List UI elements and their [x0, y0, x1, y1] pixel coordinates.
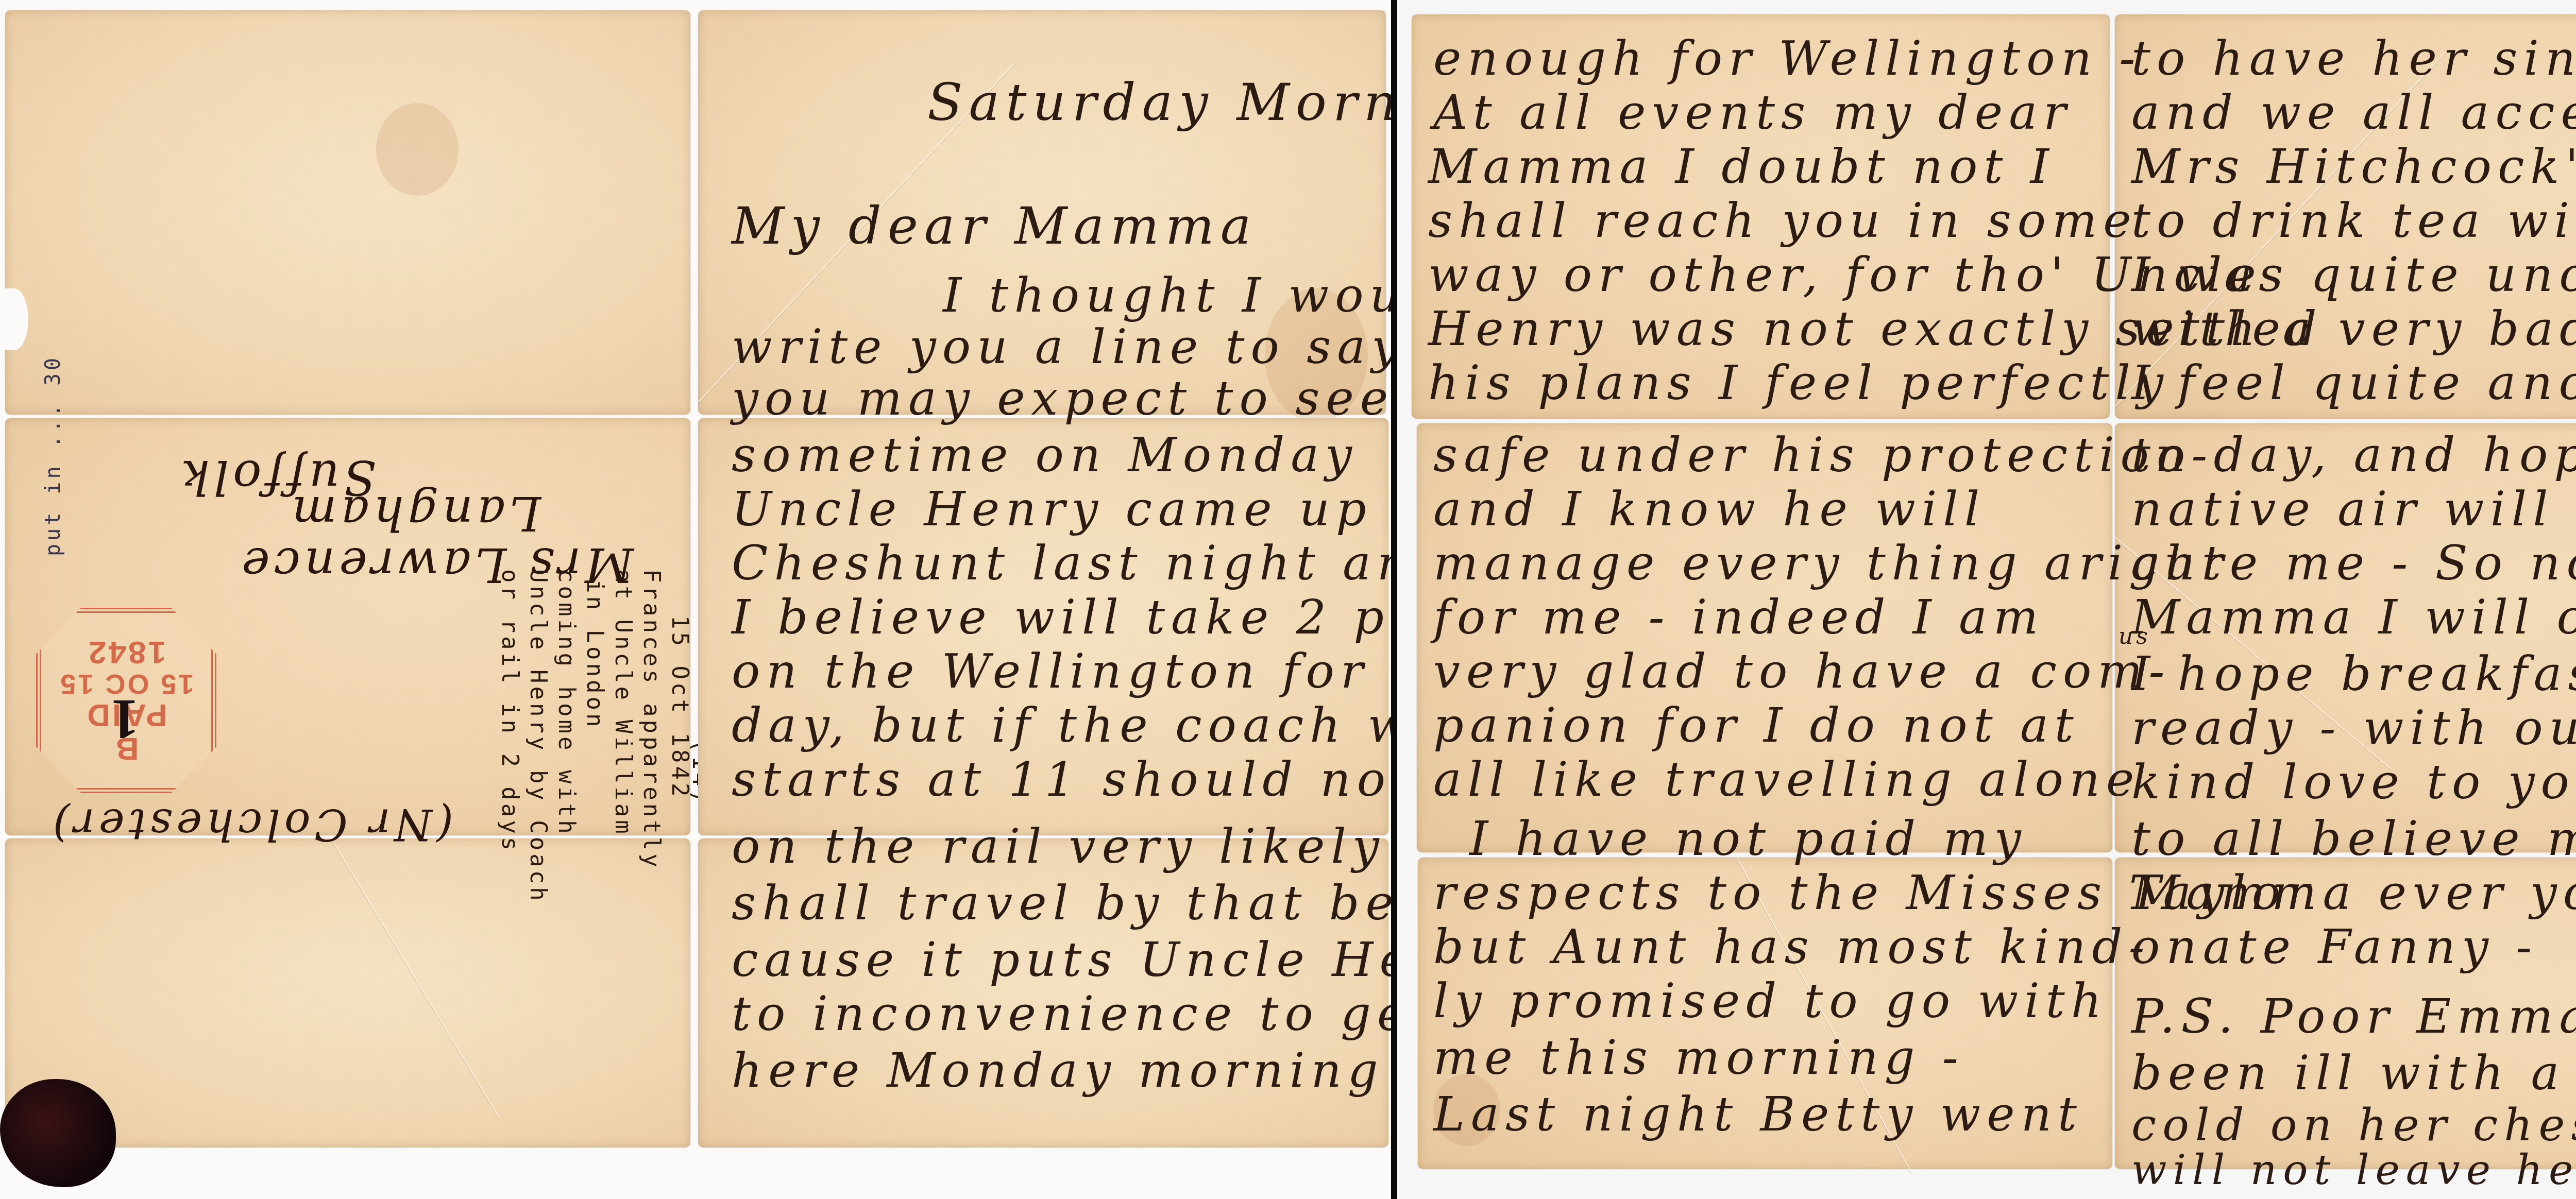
diagonal-fold [334, 844, 499, 1118]
wax-seal [0, 1079, 116, 1187]
archive-note-line: or rail in 2 days [497, 569, 523, 853]
letter-line: shall travel by that be- [732, 876, 1422, 931]
letter-line: on the rail very likely we [732, 819, 1487, 874]
postscript-line: will not leave her entirely [2131, 1146, 2576, 1194]
letter-line: Mamma I doubt not I [1428, 139, 2055, 194]
stain [376, 103, 459, 196]
letter-line: and I know he will [1433, 482, 1986, 537]
archive-note-line: at Uncle William [610, 569, 636, 837]
archive-note-line: Frances apparently [638, 569, 665, 870]
letter-line: his plans I feel perfectly [1428, 355, 2170, 410]
letter-line: I was quite uncomfortable [2131, 247, 2576, 302]
letter-line: enough for Wellington - [1433, 31, 2141, 86]
letter-line: Mamma I will conclude [2131, 590, 2576, 645]
letter-line: Last night Betty went [1433, 1087, 2083, 1142]
letter-line: I have not paid my [1469, 811, 2027, 866]
address-line-3: Suffolk [177, 450, 376, 505]
letter-line: cure me - So now dear [2131, 536, 2576, 591]
address-line-4: (Nr Colchester) [49, 799, 453, 850]
letter-line: you may expect to see me [732, 371, 1501, 426]
letter-line: but Aunt has most kind- [1433, 919, 2151, 974]
letter-line: very glad to have a com- [1433, 644, 2171, 699]
letter-salutation: My dear Mamma [732, 196, 1257, 256]
letter-line: Mamma ever your affecti- [2131, 865, 2576, 920]
margin-insert: us [2119, 623, 2151, 649]
letter-line: I hope breakfast is nearly [2131, 646, 2576, 701]
archive-note: (14) 15 Oct 1842 Frances apparently at U… [471, 569, 703, 785]
letter-line: safe under his protection [1433, 427, 2192, 483]
letter-line: with a very bad cold, but [2131, 301, 2576, 356]
letter-line: At all events my dear [1433, 85, 2072, 140]
right-scan-inner-sheet: 1842 OC 15 enough for Wellington - At al… [1397, 0, 2576, 1199]
postscript-line: P.S. Poor Emma Peck has [2131, 989, 2576, 1044]
postscript-line: cold on her chest, her cough [2131, 1100, 2576, 1151]
letter-line: sometime on Monday [732, 427, 1358, 483]
letter-line: me this morning - [1433, 1030, 1964, 1085]
letter-line: to have her singing lesson [2131, 31, 2576, 86]
letter-line: to-day, and hope that my [2131, 427, 2576, 483]
scan-divider [1391, 0, 1397, 1199]
letter-line: I thought I would [943, 268, 1464, 323]
letter-line: write you a line to say [732, 319, 1404, 374]
paid-postmark: B PAID 15 OC 15 1842 1 [36, 608, 216, 793]
letter-line: native air will entirely [2131, 482, 2576, 537]
letter-line: I feel quite another creature [2131, 355, 2576, 410]
letter-line: ly promised to go with [1433, 973, 2108, 1029]
torn-edge [0, 288, 28, 350]
postscript-line: been ill with a violent [2131, 1046, 2576, 1101]
blank-back-panel-top [5, 10, 690, 415]
letter-line: to all believe me my dear [2131, 811, 2576, 866]
letter-line: and we all accepted [2131, 85, 2576, 140]
letter-line: to drink tea with them [2131, 193, 2576, 248]
postmark-year: 1842 [87, 636, 166, 669]
blank-back-panel-bottom [5, 838, 690, 1147]
letter-line: for me - indeed I am [1433, 590, 2044, 645]
letter-line: manage every thing aright [1433, 536, 2227, 591]
pencil-note: put in ... 30 [41, 355, 65, 556]
archive-note-line: 15 Oct 1842 [667, 615, 693, 799]
letter-signature: onate Fanny - [2131, 919, 2538, 974]
letter-line: Mrs Hitchcock's invitation [2131, 139, 2576, 194]
left-scan-outer-sheet: Mrs Lawrence Langham Suffolk (Nr Colches… [0, 0, 1391, 1199]
letter-line: kind love to yourself and [2131, 755, 2576, 810]
postmark-overstamp: 1 [111, 687, 139, 752]
archive-note-line: Uncle Henry by Coach [525, 569, 551, 904]
letter-line: all like travelling alone [1433, 752, 2140, 807]
letter-line: Cheshunt last night and [732, 536, 1450, 591]
archive-note-line: in London [582, 579, 608, 730]
archive-note-line: coming home with [553, 569, 580, 837]
letter-line: panion for I do not at [1433, 698, 2080, 753]
letter-line: shall reach you in some [1428, 193, 2138, 248]
letter-line: ready - with our united [2131, 700, 2576, 756]
